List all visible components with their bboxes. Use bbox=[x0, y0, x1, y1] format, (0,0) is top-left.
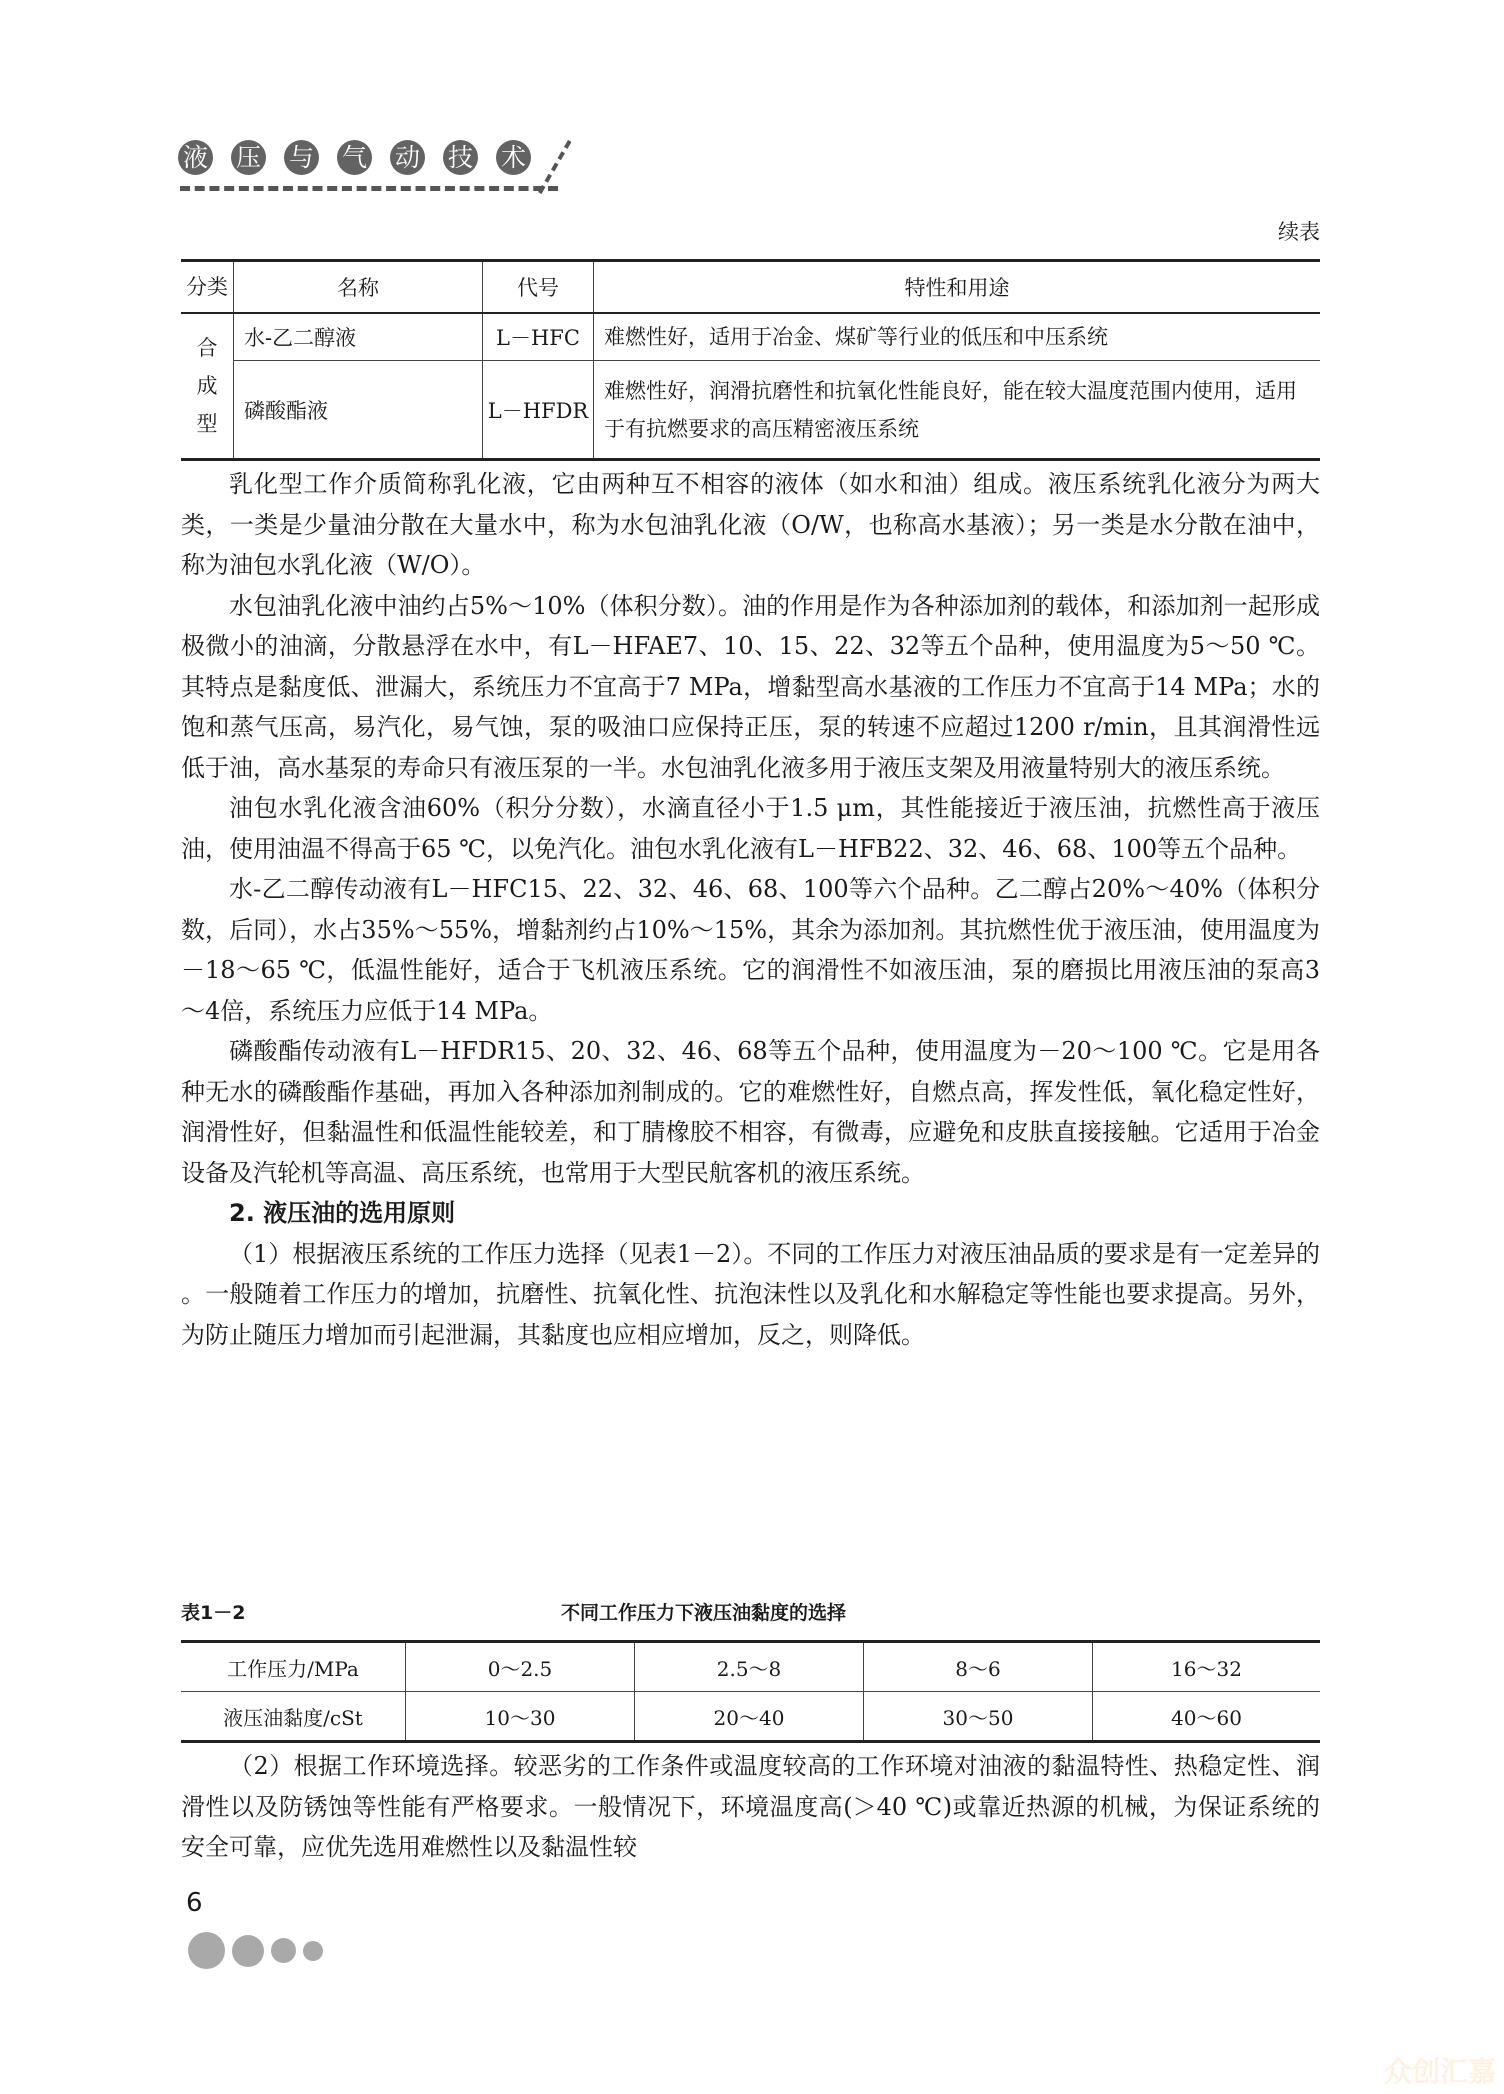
table-number: 表1－2 bbox=[181, 1598, 245, 1625]
table-row: 磷酸酯液 L－HFDR 难燃性好，润滑抗磨性和抗氧化性能良好，能在较大温度范围内… bbox=[181, 361, 1320, 460]
footer-dots-decoration bbox=[188, 1932, 323, 1969]
section-heading: 2. 液压油的选用原则 bbox=[181, 1193, 1320, 1234]
table-cell: 0～2.5 bbox=[406, 1642, 635, 1692]
name-cell: 磷酸酯液 bbox=[234, 361, 483, 460]
viscosity-table: 工作压力/MPa 0～2.5 2.5～8 8～6 16～32 液压油黏度/cSt… bbox=[181, 1640, 1320, 1743]
title-char: 技 bbox=[443, 140, 478, 175]
paragraph: 乳化型工作介质简称乳化液，它由两种互不相容的液体（如水和油）组成。液压系统乳化液… bbox=[181, 464, 1320, 586]
table-header-row: 分类 名称 代号 特性和用途 bbox=[181, 261, 1320, 314]
body-paragraphs-2: （2）根据工作环境选择。较恶劣的工作条件或温度较高的工作环境对油液的黏温特性、热… bbox=[181, 1746, 1320, 1868]
paragraph: （1）根据液压系统的工作压力选择（见表1－2）。不同的工作压力对液压油品质的要求… bbox=[181, 1234, 1320, 1356]
column-header: 代号 bbox=[483, 261, 594, 314]
dot-icon bbox=[232, 1935, 264, 1967]
table-cell: 8～6 bbox=[864, 1642, 1093, 1692]
dot-icon bbox=[188, 1932, 225, 1969]
code-cell: L－HFC bbox=[483, 313, 594, 361]
table-cell: 20～40 bbox=[635, 1692, 864, 1742]
category-cell: 合 成 型 bbox=[181, 313, 234, 460]
category-char: 合 bbox=[181, 329, 233, 367]
title-char: 与 bbox=[284, 140, 319, 175]
desc-cell: 难燃性好，适用于冶金、煤矿等行业的低压和中压系统 bbox=[594, 313, 1321, 361]
table-cell: 2.5～8 bbox=[635, 1642, 864, 1692]
table-cell: 40～60 bbox=[1093, 1692, 1321, 1742]
category-char: 型 bbox=[181, 405, 233, 443]
table-cell: 16～32 bbox=[1093, 1642, 1321, 1692]
table-title: 不同工作压力下液压油黏度的选择 bbox=[561, 1598, 846, 1625]
header-dashed-rule bbox=[180, 186, 558, 191]
paragraph: 磷酸酯传动液有L－HFDR15、20、32、46、68等五个品种，使用温度为－2… bbox=[181, 1031, 1320, 1193]
category-char: 成 bbox=[181, 367, 233, 405]
row-label: 液压油黏度/cSt bbox=[181, 1692, 406, 1742]
page-number: 6 bbox=[186, 1888, 203, 1918]
fluid-types-table: 分类 名称 代号 特性和用途 合 成 型 水-乙二醇液 L－HFC 难燃性好，适… bbox=[181, 259, 1320, 461]
table-row: 液压油黏度/cSt 10～30 20～40 30～50 40～60 bbox=[181, 1692, 1320, 1742]
title-char: 术 bbox=[496, 140, 531, 175]
title-char: 气 bbox=[337, 140, 372, 175]
paragraph: 水包油乳化液中油约占5%～10%（体积分数）。油的作用是作为各种添加剂的载体，和… bbox=[181, 586, 1320, 789]
table-cell: 30～50 bbox=[864, 1692, 1093, 1742]
column-header: 名称 bbox=[234, 261, 483, 314]
name-cell: 水-乙二醇液 bbox=[234, 313, 483, 361]
title-char: 液 bbox=[178, 140, 213, 175]
dot-icon bbox=[303, 1941, 323, 1961]
table-cell: 10～30 bbox=[406, 1692, 635, 1742]
column-header: 特性和用途 bbox=[594, 261, 1321, 314]
desc-cell: 难燃性好，润滑抗磨性和抗氧化性能良好，能在较大温度范围内使用，适用于有抗燃要求的… bbox=[594, 361, 1321, 460]
dot-icon bbox=[271, 1938, 296, 1963]
continued-table-label: 续表 bbox=[1278, 216, 1320, 246]
paragraph: （2）根据工作环境选择。较恶劣的工作条件或温度较高的工作环境对油液的黏温特性、热… bbox=[181, 1746, 1320, 1868]
paragraph: 水-乙二醇传动液有L－HFC15、22、32、46、68、100等六个品种。乙二… bbox=[181, 869, 1320, 1031]
table-row: 合 成 型 水-乙二醇液 L－HFC 难燃性好，适用于冶金、煤矿等行业的低压和中… bbox=[181, 313, 1320, 361]
row-label: 工作压力/MPa bbox=[181, 1642, 406, 1692]
table-row: 工作压力/MPa 0～2.5 2.5～8 8～6 16～32 bbox=[181, 1642, 1320, 1692]
title-char: 动 bbox=[390, 140, 425, 175]
code-cell: L－HFDR bbox=[483, 361, 594, 460]
paragraph: 油包水乳化液含油60%（积分分数），水滴直径小于1.5 μm，其性能接近于液压油… bbox=[181, 788, 1320, 869]
body-paragraphs: 乳化型工作介质简称乳化液，它由两种互不相容的液体（如水和油）组成。液压系统乳化液… bbox=[181, 464, 1320, 1355]
column-header: 分类 bbox=[181, 261, 234, 314]
title-char: 压 bbox=[231, 140, 266, 175]
book-title-header: 液 压 与 气 动 技 术 bbox=[178, 140, 531, 175]
watermark: 众创汇嘉 bbox=[1384, 2050, 1496, 2090]
